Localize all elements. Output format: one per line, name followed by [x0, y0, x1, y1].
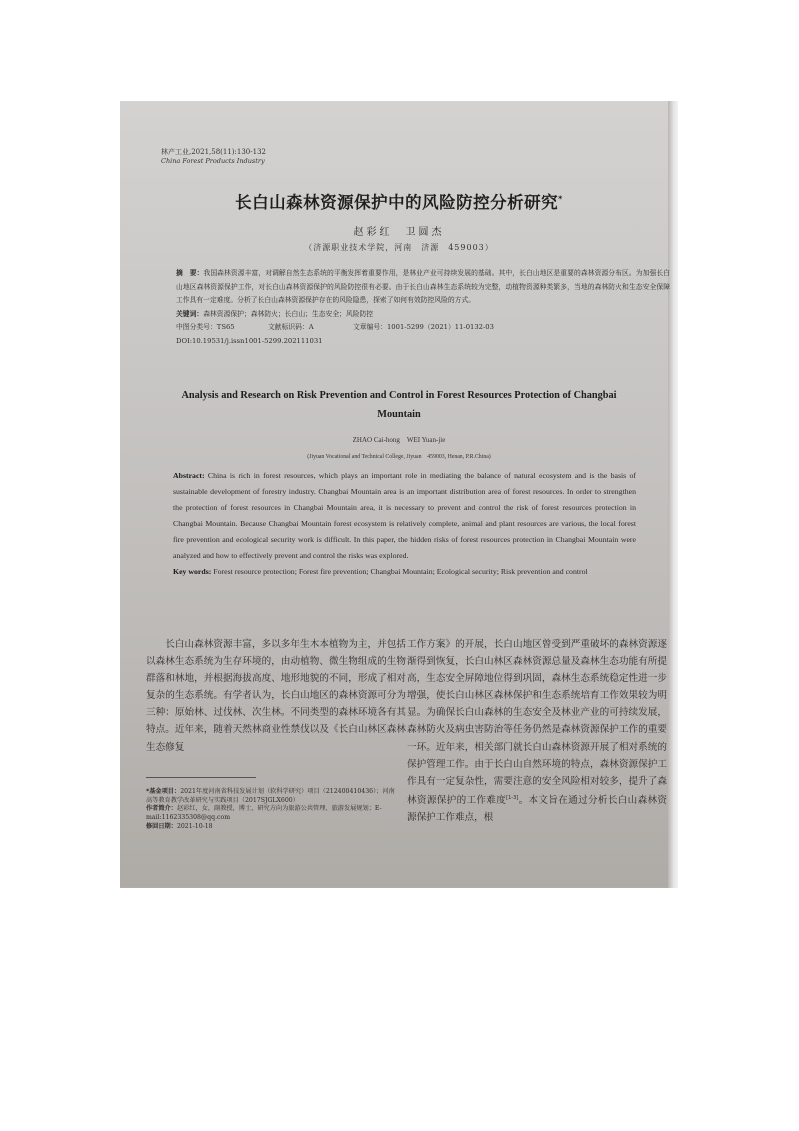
footnote-fund: *基金项目：2021年度河南省科技发展计划（软科学研究）项目（212400410…: [146, 788, 396, 805]
keywords-en: Key words: Forest resource protection; F…: [173, 564, 636, 580]
classification-row: 中图分类号：TS65 文献标识码：A 文章编号：1001-5299（2021）1…: [176, 321, 670, 335]
keywords-en-label: Key words:: [173, 567, 211, 576]
clc-number: 中图分类号：TS65: [176, 321, 268, 335]
abstract-cn: 摘 要：我国森林资源丰富，对调解自然生态系统的平衡发挥着重要作用，是林业产业可持…: [176, 267, 670, 308]
keywords-cn: 关键词：森林资源保护；森林防火；长白山；生态安全；风险防控: [176, 308, 670, 322]
abstract-en-label: Abstract:: [173, 471, 205, 480]
body-column-left: 长白山森林资源丰富，多以多年生木本植物为主，并包括以森林生态系统为生存环境的，由…: [146, 636, 406, 756]
paper-title-en: Analysis and Research on Risk Prevention…: [170, 386, 628, 424]
keywords-en-text: Forest resource protection; Forest fire …: [213, 567, 587, 576]
title-footnote-marker: *: [558, 195, 563, 204]
journal-name-en: China Forest Products Industry: [161, 157, 266, 166]
page-edge-curl: [668, 101, 678, 888]
abstract-cn-block: 摘 要：我国森林资源丰富，对调解自然生态系统的平衡发挥着重要作用，是林业产业可持…: [176, 267, 670, 349]
revised-label: 修回日期：: [146, 823, 177, 830]
journal-citation: 林产工业,2021,58(11):130-132: [161, 148, 266, 157]
body-paragraph: 长白山森林资源丰富，多以多年生木本植物为主，并包括以森林生态系统为生存环境的，由…: [146, 636, 406, 756]
author-bio-label: 作者简介：: [146, 805, 177, 812]
footnotes: *基金项目：2021年度河南省科技发展计划（软科学研究）项目（212400410…: [146, 788, 396, 832]
fund-text: 2021年度河南省科技发展计划（软科学研究）项目（212400410436）；河…: [146, 788, 395, 804]
affiliation-cn: （济源职业技术学院，河南 济源 459003）: [120, 242, 678, 253]
body-paragraph: 工作方案》的开展，长白山地区曾受到严重破坏的森林资源逐渐得到恢复，长白山林区森林…: [407, 636, 667, 826]
journal-header: 林产工业,2021,58(11):130-132 China Forest Pr…: [161, 148, 266, 166]
affiliation-en: (Jiyuan Vocational and Technical College…: [120, 451, 678, 460]
abstract-en: Abstract: China is rich in forest resour…: [173, 468, 636, 564]
footnote-author: 作者简介：赵彩红，女，副教授，博士，研究方向为旅游公共管理、旅游发展规划；E-m…: [146, 805, 396, 822]
document-code: 文献标识码：A: [268, 321, 353, 335]
abstract-cn-text: 我国森林资源丰富，对调解自然生态系统的平衡发挥着重要作用，是林业产业可持续发展的…: [176, 269, 670, 304]
author-bio-text: 赵彩红，女，副教授，博士，研究方向为旅游公共管理、旅游发展规划；E-mail:1…: [146, 805, 382, 821]
authors-en: ZHAO Cai-hong WEI Yuan-jie: [120, 435, 678, 445]
abstract-cn-label: 摘 要：: [176, 269, 203, 277]
doi: DOI:10.19531/j.issn1001-5299.202111031: [176, 335, 670, 349]
fund-label: *基金项目：: [146, 788, 180, 795]
photographed-page: ⁝ 林产工业,2021,58(11):130-132 China Forest …: [120, 101, 678, 888]
paper-title-cn: 长白山森林资源保护中的风险防控分析研究*: [120, 189, 678, 213]
abstract-en-text: China is rich in forest resources, which…: [173, 471, 636, 560]
keywords-cn-label: 关键词：: [176, 310, 203, 318]
keywords-cn-text: 森林资源保护；森林防火；长白山；生态安全；风险防控: [203, 310, 373, 318]
title-text: 长白山森林资源保护中的风险防控分析研究: [235, 193, 558, 212]
authors-cn: 赵彩红 卫圆杰: [120, 223, 678, 238]
article-number: 文章编号：1001-5299（2021）11-0132-03: [353, 321, 494, 335]
footnote-revised: 修回日期：2021-10-18: [146, 823, 396, 832]
abstract-en-block: Abstract: China is rich in forest resour…: [173, 468, 636, 580]
body-column-right: 工作方案》的开展，长白山地区曾受到严重破坏的森林资源逐渐得到恢复，长白山林区森林…: [407, 636, 667, 826]
body-text: 工作方案》的开展，长白山地区曾受到严重破坏的森林资源逐渐得到恢复，长白山林区森林…: [407, 639, 667, 806]
footnote-divider: [146, 777, 256, 778]
revised-date: 2021-10-18: [177, 823, 213, 830]
reference-citation: [1-3]: [506, 795, 518, 801]
